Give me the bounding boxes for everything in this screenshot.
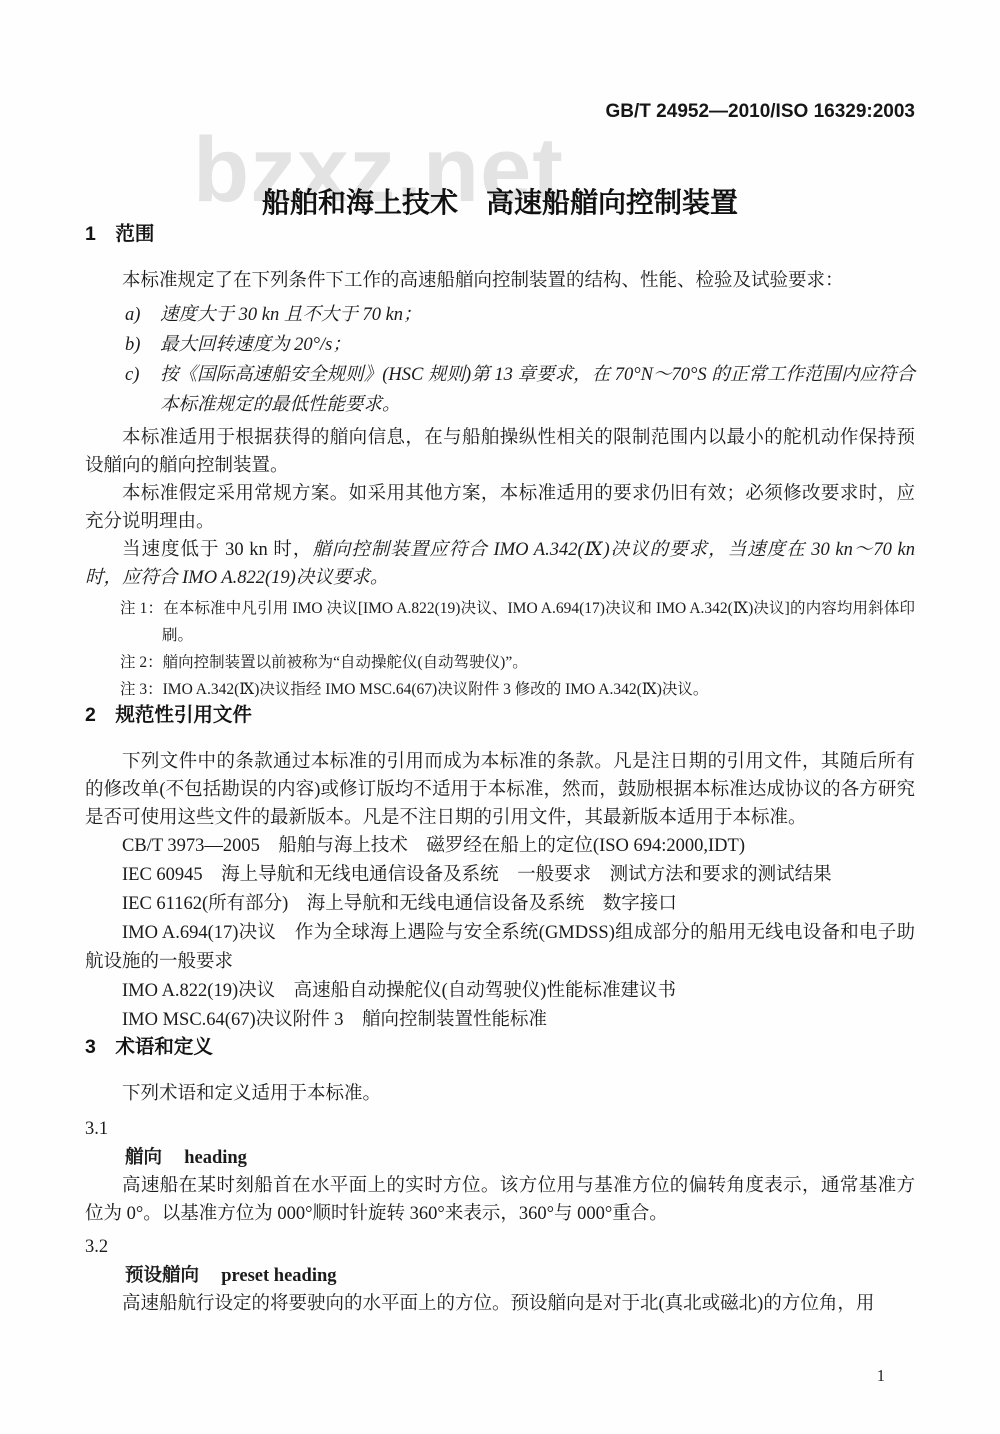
term-name-cn: 艏向 <box>125 1146 162 1167</box>
term-name: 预设艏向preset heading <box>85 1261 915 1290</box>
term-number: 3.2 <box>85 1233 915 1261</box>
reference-item: IMO A.822(19)决议 高速船自动操舵仪(自动驾驶仪)性能标准建议书 <box>85 977 915 1006</box>
reference-item: IMO A.694(17)决议 作为全球海上遇险与安全系统(GMDSS)组成部分… <box>85 919 915 977</box>
note-label: 注 3： <box>120 681 163 698</box>
term-definition: 高速船在某时刻船首在水平面上的实时方位。该方位用与基准方位的偏转角度表示，通常基… <box>85 1172 915 1228</box>
list-item-b: b)最大回转速度为 20°/s； <box>85 330 915 360</box>
term-name-en: preset heading <box>221 1266 336 1286</box>
standard-code: GB/T 24952—2010/ISO 16329:2003 <box>85 0 915 124</box>
list-marker: b) <box>125 330 140 360</box>
term-name-en: heading <box>184 1148 247 1168</box>
paragraph-normal-text: 当速度低于 30 kn 时， <box>122 540 312 560</box>
reference-item: IMO MSC.64(67)决议附件 3 艏向控制装置性能标准 <box>85 1006 915 1035</box>
note-1: 注 1：在本标准中凡引用 IMO 决议[IMO A.822(19)决议、IMO … <box>120 595 915 649</box>
note-3: 注 3：IMO A.342(Ⅸ)决议指经 IMO MSC.64(67)决议附件 … <box>120 676 915 703</box>
note-label: 注 2： <box>120 654 163 671</box>
section-1-heading: 1 范围 <box>85 222 915 246</box>
note-label: 注 1： <box>120 600 163 617</box>
term-name: 艏向heading <box>85 1143 915 1172</box>
section-2-heading: 2 规范性引用文件 <box>85 703 915 727</box>
note-2: 注 2：艏向控制装置以前被称为“自动操舵仪(自动驾驶仪)”。 <box>120 649 915 676</box>
section-1-paragraph: 当速度低于 30 kn 时，艏向控制装置应符合 IMO A.342(Ⅸ)决议的要… <box>85 536 915 592</box>
list-marker: a) <box>125 300 140 330</box>
section-2-intro: 下列文件中的条款通过本标准的引用而成为本标准的条款。凡是注日期的引用文件，其随后… <box>85 748 915 832</box>
document-page: bzxz.net GB/T 24952—2010/ISO 16329:2003 … <box>0 0 1000 1434</box>
list-marker: c) <box>125 360 139 390</box>
note-text: IMO A.342(Ⅸ)决议指经 IMO MSC.64(67)决议附件 3 修改… <box>163 681 709 698</box>
page-content: GB/T 24952—2010/ISO 16329:2003 船舶和海上技术 高… <box>85 0 915 1318</box>
section-3-intro: 下列术语和定义适用于本标准。 <box>85 1080 915 1108</box>
list-item-text: 按《国际高速船安全规则》(HSC 规则)第 13 章要求，在 70°N～70°S… <box>160 365 915 415</box>
term-definition: 高速船航行设定的将要驶向的水平面上的方位。预设艏向是对于北(真北或磁北)的方位角… <box>85 1290 915 1318</box>
section-3-heading: 3 术语和定义 <box>85 1035 915 1059</box>
scope-condition-list: a)速度大于 30 kn 且不大于 70 kn； b)最大回转速度为 20°/s… <box>85 300 915 420</box>
list-item-text: 速度大于 30 kn 且不大于 70 kn； <box>160 305 422 325</box>
list-item-text: 最大回转速度为 20°/s； <box>160 335 351 355</box>
term-number: 3.1 <box>85 1115 915 1143</box>
section-1-paragraph: 本标准假定采用常规方案。如采用其他方案，本标准适用的要求仍旧有效；必须修改要求时… <box>85 480 915 536</box>
reference-item: CB/T 3973—2005 船舶与海上技术 磁罗经在船上的定位(ISO 694… <box>85 832 915 861</box>
section-1-intro: 本标准规定了在下列条件下工作的高速船艏向控制装置的结构、性能、检验及试验要求： <box>85 267 915 295</box>
note-text: 艏向控制装置以前被称为“自动操舵仪(自动驾驶仪)”。 <box>163 654 528 671</box>
reference-item: IEC 60945 海上导航和无线电通信设备及系统 一般要求 测试方法和要求的测… <box>85 861 915 890</box>
list-item-a: a)速度大于 30 kn 且不大于 70 kn； <box>85 300 915 330</box>
document-title: 船舶和海上技术 高速船艏向控制装置 <box>85 184 915 222</box>
term-name-cn: 预设艏向 <box>125 1264 199 1285</box>
section-1-paragraph: 本标准适用于根据获得的艏向信息，在与船舶操纵性相关的限制范围内以最小的舵机动作保… <box>85 424 915 480</box>
notes-block: 注 1：在本标准中凡引用 IMO 决议[IMO A.822(19)决议、IMO … <box>120 595 915 703</box>
note-text: 在本标准中凡引用 IMO 决议[IMO A.822(19)决议、IMO A.69… <box>162 600 915 644</box>
reference-item: IEC 61162(所有部分) 海上导航和无线电通信设备及系统 数字接口 <box>85 890 915 919</box>
page-number: 1 <box>877 1366 885 1386</box>
list-item-c: c)按《国际高速船安全规则》(HSC 规则)第 13 章要求，在 70°N～70… <box>85 360 915 420</box>
